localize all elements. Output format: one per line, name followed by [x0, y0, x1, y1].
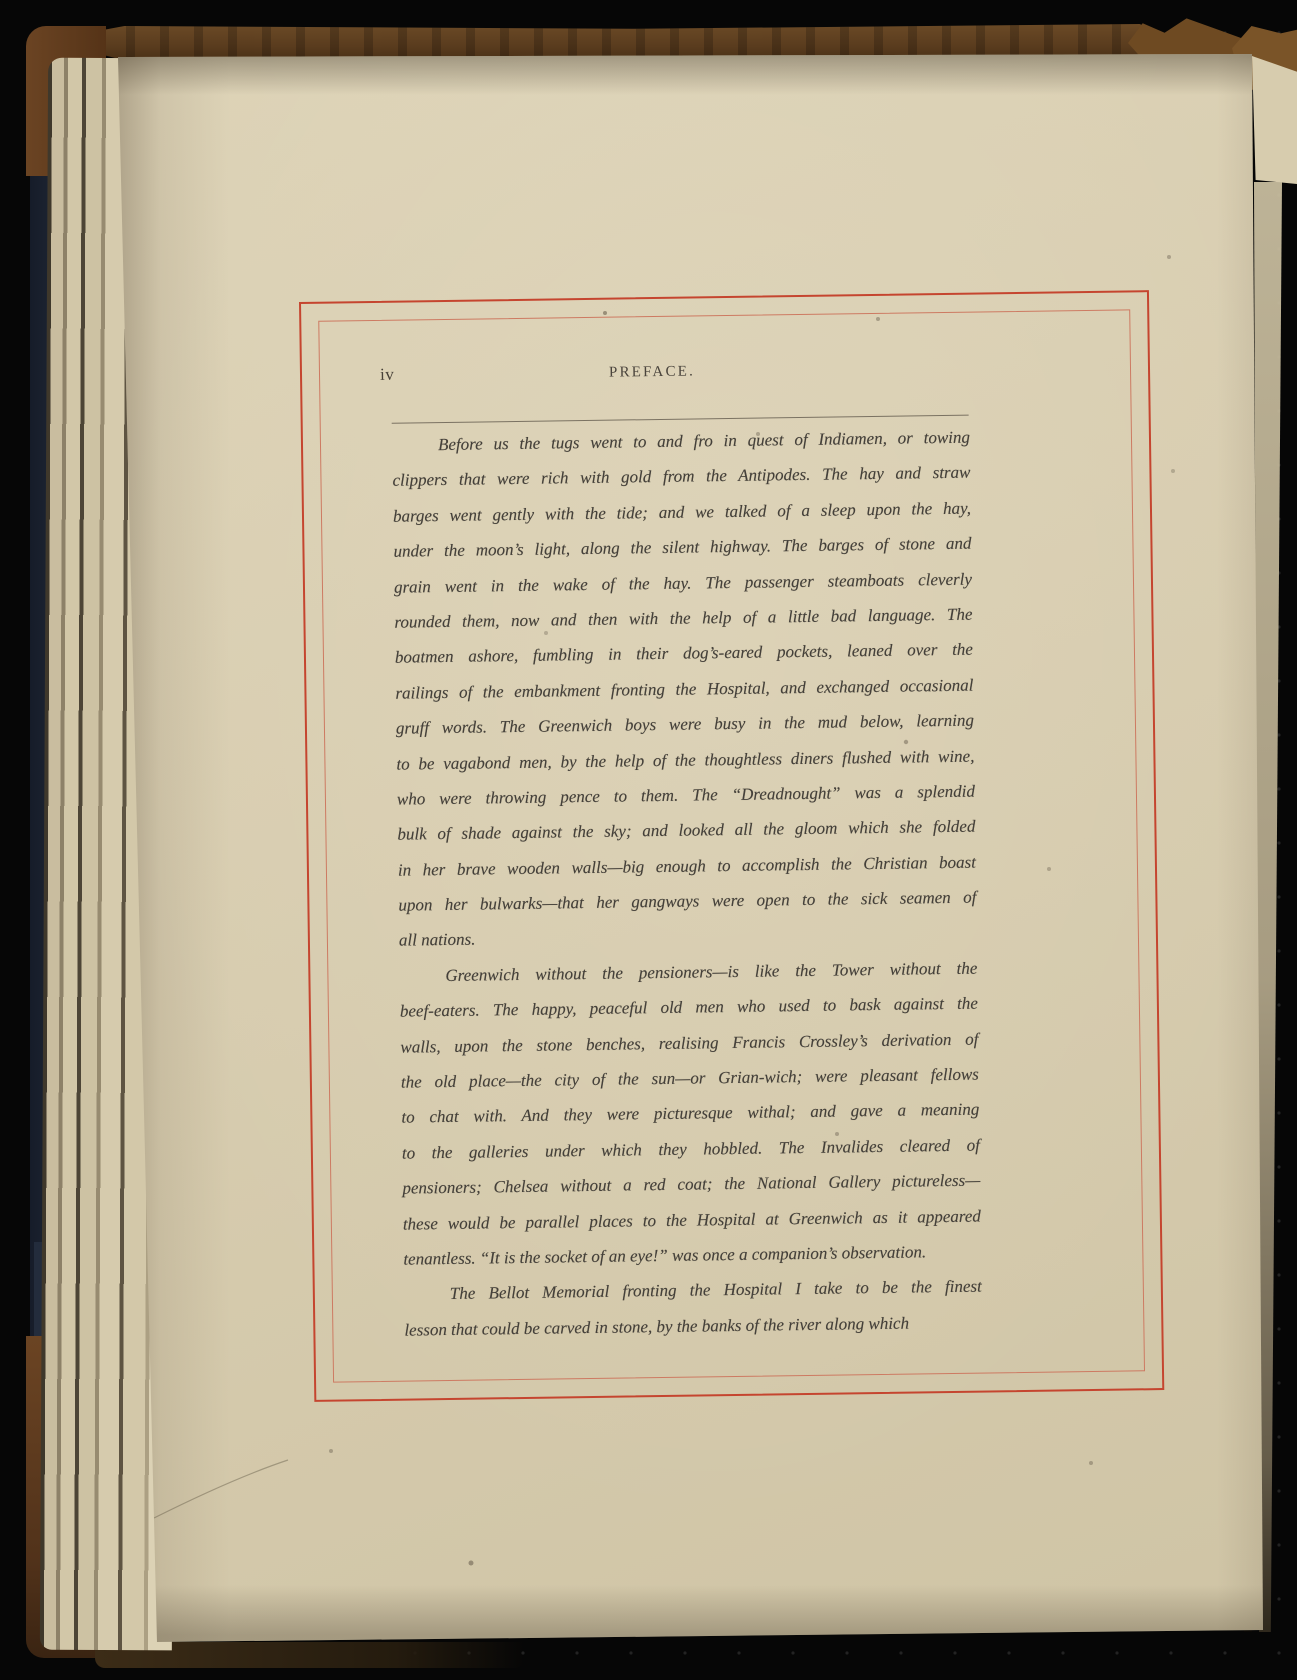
page-number: iv — [380, 365, 395, 385]
printed-frame: iv PREFACE. Before us the tugs went to a… — [299, 290, 1164, 1402]
book-scan: iv PREFACE. Before us the tugs went to a… — [0, 0, 1297, 1680]
book-page: iv PREFACE. Before us the tugs went to a… — [0, 0, 1297, 1680]
paper-specks — [0, 0, 2, 2]
paragraph: The Bellot Memorial fronting the Hospita… — [404, 1269, 983, 1348]
paragraph: Before us the tugs went to and fro in qu… — [392, 420, 977, 959]
running-head: PREFACE. — [609, 363, 695, 381]
paragraph: Greenwich without the pensioners—is like… — [399, 950, 981, 1277]
next-page-edge — [1252, 52, 1297, 184]
body-text: Before us the tugs went to and fro in qu… — [392, 420, 983, 1348]
scratch-mark — [140, 1436, 300, 1536]
